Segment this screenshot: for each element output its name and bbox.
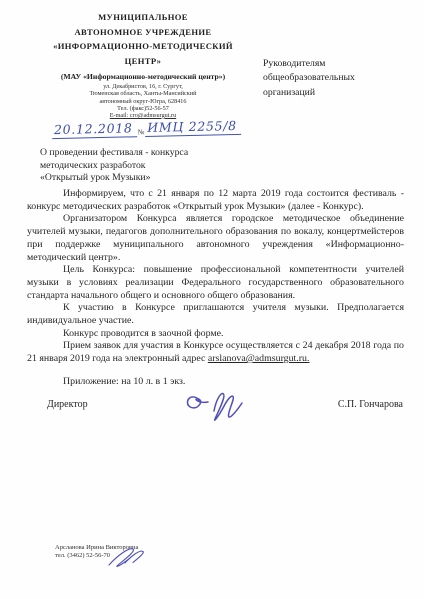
paragraph-goal: Цель Конкурса: повышение профессионально…	[27, 264, 404, 302]
addressee-line-3: организаций	[263, 86, 355, 100]
subject-line-3: «Открытый урок Музыки»	[40, 172, 215, 185]
scanned-letter-page: МУНИЦИПАЛЬНОЕ АВТОНОМНОЕ УЧРЕЖДЕНИЕ «ИНФ…	[0, 0, 424, 599]
org-address-street: ул. Декабристов, 16, г. Сургут,	[30, 83, 256, 90]
org-address: ул. Декабристов, 16, г. Сургут, Тюменска…	[30, 83, 256, 118]
application-email-link: arslanova@admsurgut.ru.	[208, 353, 310, 364]
number-sign: №	[138, 128, 145, 136]
signer-name: С.П. Гончарова	[338, 399, 403, 410]
registration-line: 20.12.2018№ИМЦ 2255/8	[52, 117, 241, 139]
org-phone: Тел. (факс)52-56-57	[30, 105, 256, 112]
paragraph-organizer: Организатором Конкурса является городско…	[27, 213, 404, 264]
paragraph-format: Конкурс проводится в заочной форме.	[27, 328, 404, 341]
addressee-block: Руководителям общеобразовательных органи…	[263, 57, 355, 100]
handwritten-number: ИМЦ 2255/8	[145, 118, 241, 137]
org-address-okrug: автономный округ-Югра, 628416	[30, 98, 256, 105]
org-short-name: (МАУ «Информационно-методический центр»)	[30, 72, 256, 81]
addressee-line-2: общеобразовательных	[263, 71, 355, 85]
org-name-line-1: МУНИЦИПАЛЬНОЕ	[30, 10, 256, 25]
letter-body: Информируем, что с 21 января по 12 марта…	[27, 188, 404, 389]
paragraph-participants: К участию в Конкурсе приглашаются учител…	[27, 302, 404, 327]
subject-line-1: О проведении фестиваля - конкурса	[40, 147, 215, 160]
org-name-line-4: ЦЕНТР»	[30, 54, 256, 69]
paragraph-announcement: Информируем, что с 21 января по 12 марта…	[27, 188, 404, 213]
addressee-line-1: Руководителям	[263, 57, 355, 71]
org-name-line-2: АВТОНОМНОЕ УЧРЕЖДЕНИЕ	[30, 25, 256, 40]
org-name-line-3: «ИНФОРМАЦИОННО-МЕТОДИЧЕСКИЙ	[30, 39, 256, 54]
handwritten-date: 20.12.2018	[52, 120, 137, 139]
executor-initials-ink	[103, 543, 151, 573]
signer-position: Директор	[47, 399, 88, 410]
attachment-line: Приложение: на 10 л. в 1 экз.	[27, 376, 404, 389]
director-signature-ink	[183, 389, 247, 425]
subject-line-2: методических разработок	[40, 160, 215, 173]
subject-block: О проведении фестиваля - конкурса методи…	[40, 147, 215, 185]
paragraph-applications: Прием заявок для участия в Конкурсе осущ…	[27, 340, 404, 365]
org-address-region: Тюменская область, Ханты-Мансийский	[30, 90, 256, 97]
letterhead-org-block: МУНИЦИПАЛЬНОЕ АВТОНОМНОЕ УЧРЕЖДЕНИЕ «ИНФ…	[30, 10, 256, 119]
